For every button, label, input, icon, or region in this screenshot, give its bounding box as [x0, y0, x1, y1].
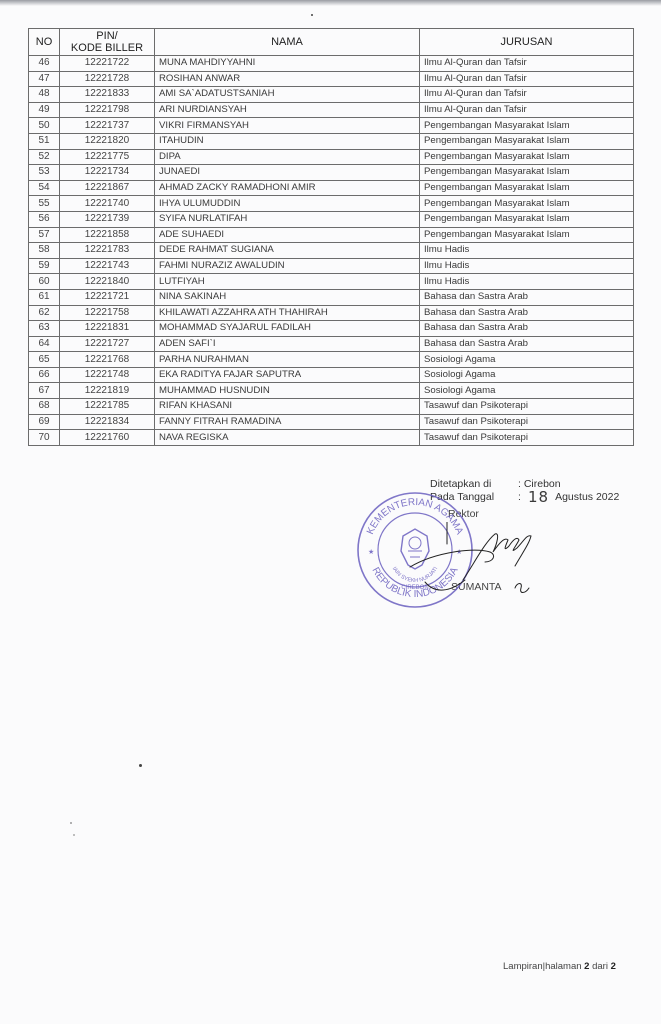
cell-jurusan: Ilmu Hadis — [420, 243, 634, 259]
student-list-table: NO PIN/ KODE BILLER NAMA JURUSAN 4612221… — [28, 28, 634, 446]
cell-pin: 12221834 — [60, 414, 155, 430]
table-row: 6312221831MOHAMMAD SYAJARUL FADILAHBahas… — [29, 321, 634, 337]
header-no: NO — [29, 29, 60, 56]
cell-pin: 12221785 — [60, 399, 155, 415]
cell-no: 48 — [29, 87, 60, 103]
cell-jurusan: Bahasa dan Sastra Arab — [420, 289, 634, 305]
cell-jurusan: Ilmu Hadis — [420, 274, 634, 290]
table-row: 6712221819MUHAMMAD HUSNUDINSosiologi Aga… — [29, 383, 634, 399]
table-row: 4812221833AMI SA`ADATUSTSANIAHIlmu Al-Qu… — [29, 87, 634, 103]
table-header-row: NO PIN/ KODE BILLER NAMA JURUSAN — [29, 29, 634, 56]
cell-pin: 12221743 — [60, 258, 155, 274]
table-body: 4612221722MUNA MAHDIYYAHNIIlmu Al-Quran … — [29, 56, 634, 446]
cell-no: 64 — [29, 336, 60, 352]
cell-jurusan: Pengembangan Masyarakat Islam — [420, 133, 634, 149]
cell-no: 53 — [29, 165, 60, 181]
cell-nama: RIFAN KHASANI — [155, 399, 420, 415]
cell-pin: 12221831 — [60, 321, 155, 337]
cell-nama: LUTFIYAH — [155, 274, 420, 290]
scan-speck — [139, 764, 142, 767]
date-day-handwritten: 18 — [528, 491, 549, 504]
cell-jurusan: Pengembangan Masyarakat Islam — [420, 211, 634, 227]
table-row: 4712221728ROSIHAN ANWARIlmu Al-Quran dan… — [29, 71, 634, 87]
cell-pin: 12221768 — [60, 352, 155, 368]
cell-no: 59 — [29, 258, 60, 274]
cell-nama: ITAHUDIN — [155, 133, 420, 149]
cell-no: 67 — [29, 383, 60, 399]
cell-nama: KHILAWATI AZZAHRA ATH THAHIRAH — [155, 305, 420, 321]
table-row: 5612221739SYIFA NURLATIFAHPengembangan M… — [29, 211, 634, 227]
cell-no: 46 — [29, 56, 60, 72]
cell-no: 52 — [29, 149, 60, 165]
cell-jurusan: Tasawuf dan Psikoterapi — [420, 399, 634, 415]
cell-no: 68 — [29, 399, 60, 415]
cell-nama: FANNY FITRAH RAMADINA — [155, 414, 420, 430]
cell-pin: 12221727 — [60, 336, 155, 352]
cell-pin: 12221734 — [60, 165, 155, 181]
cell-nama: AMI SA`ADATUSTSANIAH — [155, 87, 420, 103]
table-row: 6612221748EKA RADITYA FAJAR SAPUTRASosio… — [29, 367, 634, 383]
scan-top-shadow — [0, 0, 661, 6]
cell-pin: 12221760 — [60, 430, 155, 446]
cell-nama: ADEN SAFI`I — [155, 336, 420, 352]
header-pin: PIN/ KODE BILLER — [60, 29, 155, 56]
cell-no: 70 — [29, 430, 60, 446]
cell-no: 62 — [29, 305, 60, 321]
cell-pin: 12221758 — [60, 305, 155, 321]
table-row: 5712221858ADE SUHAEDIPengembangan Masyar… — [29, 227, 634, 243]
cell-pin: 12221775 — [60, 149, 155, 165]
cell-pin: 12221728 — [60, 71, 155, 87]
cell-pin: 12221833 — [60, 87, 155, 103]
cell-nama: ADE SUHAEDI — [155, 227, 420, 243]
page-footer: Lampiran|halaman 2 dari 2 — [503, 961, 616, 972]
header-jurusan: JURUSAN — [420, 29, 634, 56]
cell-nama: DIPA — [155, 149, 420, 165]
cell-jurusan: Bahasa dan Sastra Arab — [420, 321, 634, 337]
table-row: 5012221737VIKRI FIRMANSYAHPengembangan M… — [29, 118, 634, 134]
cell-pin: 12221783 — [60, 243, 155, 259]
cell-no: 55 — [29, 196, 60, 212]
cell-nama: EKA RADITYA FAJAR SAPUTRA — [155, 367, 420, 383]
cell-jurusan: Bahasa dan Sastra Arab — [420, 336, 634, 352]
cell-nama: MUHAMMAD HUSNUDIN — [155, 383, 420, 399]
cell-pin: 12221840 — [60, 274, 155, 290]
scan-speck — [70, 822, 72, 824]
cell-jurusan: Tasawuf dan Psikoterapi — [420, 430, 634, 446]
footer-middle: dari — [589, 961, 610, 972]
table-row: 6012221840LUTFIYAHIlmu Hadis — [29, 274, 634, 290]
cell-nama: NAVA REGISKA — [155, 430, 420, 446]
table-row: 4912221798ARI NURDIANSYAHIlmu Al-Quran d… — [29, 102, 634, 118]
cell-pin: 12221722 — [60, 56, 155, 72]
cell-no: 60 — [29, 274, 60, 290]
cell-pin: 12221740 — [60, 196, 155, 212]
cell-nama: ROSIHAN ANWAR — [155, 71, 420, 87]
cell-jurusan: Ilmu Al-Quran dan Tafsir — [420, 87, 634, 103]
table-row: 4612221722MUNA MAHDIYYAHNIIlmu Al-Quran … — [29, 56, 634, 72]
cell-jurusan: Ilmu Hadis — [420, 258, 634, 274]
cell-nama: AHMAD ZACKY RAMADHONI AMIR — [155, 180, 420, 196]
cell-nama: VIKRI FIRMANSYAH — [155, 118, 420, 134]
table-row: 5112221820ITAHUDINPengembangan Masyaraka… — [29, 133, 634, 149]
place-label: Ditetapkan di — [430, 478, 518, 491]
cell-jurusan: Ilmu Al-Quran dan Tafsir — [420, 71, 634, 87]
date-rest: Agustus 2022 — [555, 491, 619, 504]
cell-nama: MUNA MAHDIYYAHNI — [155, 56, 420, 72]
cell-pin: 12221737 — [60, 118, 155, 134]
cell-jurusan: Pengembangan Masyarakat Islam — [420, 180, 634, 196]
cell-no: 50 — [29, 118, 60, 134]
cell-no: 69 — [29, 414, 60, 430]
cell-pin: 12221820 — [60, 133, 155, 149]
cell-nama: NINA SAKINAH — [155, 289, 420, 305]
cell-no: 65 — [29, 352, 60, 368]
cell-pin: 12221721 — [60, 289, 155, 305]
date-colon: : — [518, 491, 526, 504]
cell-pin: 12221819 — [60, 383, 155, 399]
cell-jurusan: Ilmu Al-Quran dan Tafsir — [420, 56, 634, 72]
place-row: Ditetapkan di : Cirebon — [430, 478, 619, 491]
header-nama: NAMA — [155, 29, 420, 56]
scan-speck — [311, 14, 313, 16]
cell-pin: 12221798 — [60, 102, 155, 118]
cell-pin: 12221748 — [60, 367, 155, 383]
cell-nama: DEDE RAHMAT SUGIANA — [155, 243, 420, 259]
table-row: 6512221768PARHA NURAHMANSosiologi Agama — [29, 352, 634, 368]
cell-no: 56 — [29, 211, 60, 227]
cell-no: 57 — [29, 227, 60, 243]
cell-no: 63 — [29, 321, 60, 337]
table-row: 5912221743FAHMI NURAZIZ AWALUDINIlmu Had… — [29, 258, 634, 274]
cell-no: 51 — [29, 133, 60, 149]
cell-no: 58 — [29, 243, 60, 259]
table-row: 6212221758KHILAWATI AZZAHRA ATH THAHIRAH… — [29, 305, 634, 321]
footer-total-pages: 2 — [611, 961, 616, 972]
svg-text:★: ★ — [368, 548, 374, 556]
table-row: 6412221727ADEN SAFI`IBahasa dan Sastra A… — [29, 336, 634, 352]
table-row: 5312221734JUNAEDIPengembangan Masyarakat… — [29, 165, 634, 181]
cell-nama: FAHMI NURAZIZ AWALUDIN — [155, 258, 420, 274]
cell-jurusan: Pengembangan Masyarakat Islam — [420, 118, 634, 134]
cell-no: 61 — [29, 289, 60, 305]
cell-jurusan: Ilmu Al-Quran dan Tafsir — [420, 102, 634, 118]
cell-nama: SYIFA NURLATIFAH — [155, 211, 420, 227]
cell-no: 47 — [29, 71, 60, 87]
header-pin-line2: KODE BILLER — [71, 42, 143, 54]
table-row: 5412221867AHMAD ZACKY RAMADHONI AMIRPeng… — [29, 180, 634, 196]
cell-nama: JUNAEDI — [155, 165, 420, 181]
cell-no: 54 — [29, 180, 60, 196]
scan-speck — [73, 834, 75, 836]
cell-pin: 12221867 — [60, 180, 155, 196]
cell-jurusan: Pengembangan Masyarakat Islam — [420, 227, 634, 243]
table-row: 5212221775DIPAPengembangan Masyarakat Is… — [29, 149, 634, 165]
footer-prefix: Lampiran|halaman — [503, 961, 584, 972]
cell-no: 49 — [29, 102, 60, 118]
cell-jurusan: Sosiologi Agama — [420, 383, 634, 399]
cell-pin: 12221739 — [60, 211, 155, 227]
cell-no: 66 — [29, 367, 60, 383]
cell-jurusan: Bahasa dan Sastra Arab — [420, 305, 634, 321]
table-row: 5512221740IHYA ULUMUDDINPengembangan Mas… — [29, 196, 634, 212]
cell-jurusan: Sosiologi Agama — [420, 352, 634, 368]
cell-jurusan: Pengembangan Masyarakat Islam — [420, 196, 634, 212]
cell-jurusan: Pengembangan Masyarakat Islam — [420, 149, 634, 165]
cell-jurusan: Tasawuf dan Psikoterapi — [420, 414, 634, 430]
cell-pin: 12221858 — [60, 227, 155, 243]
cell-jurusan: Pengembangan Masyarakat Islam — [420, 165, 634, 181]
cell-jurusan: Sosiologi Agama — [420, 367, 634, 383]
table-row: 5812221783DEDE RAHMAT SUGIANAIlmu Hadis — [29, 243, 634, 259]
table-row: 7012221760NAVA REGISKATasawuf dan Psikot… — [29, 430, 634, 446]
table-row: 6912221834FANNY FITRAH RAMADINATasawuf d… — [29, 414, 634, 430]
table-row: 6812221785RIFAN KHASANITasawuf dan Psiko… — [29, 399, 634, 415]
handwritten-signature-icon — [405, 522, 535, 602]
cell-nama: ARI NURDIANSYAH — [155, 102, 420, 118]
cell-nama: IHYA ULUMUDDIN — [155, 196, 420, 212]
table-row: 6112221721NINA SAKINAHBahasa dan Sastra … — [29, 289, 634, 305]
header-pin-line1: PIN/ — [96, 30, 117, 42]
cell-nama: PARHA NURAHMAN — [155, 352, 420, 368]
cell-nama: MOHAMMAD SYAJARUL FADILAH — [155, 321, 420, 337]
